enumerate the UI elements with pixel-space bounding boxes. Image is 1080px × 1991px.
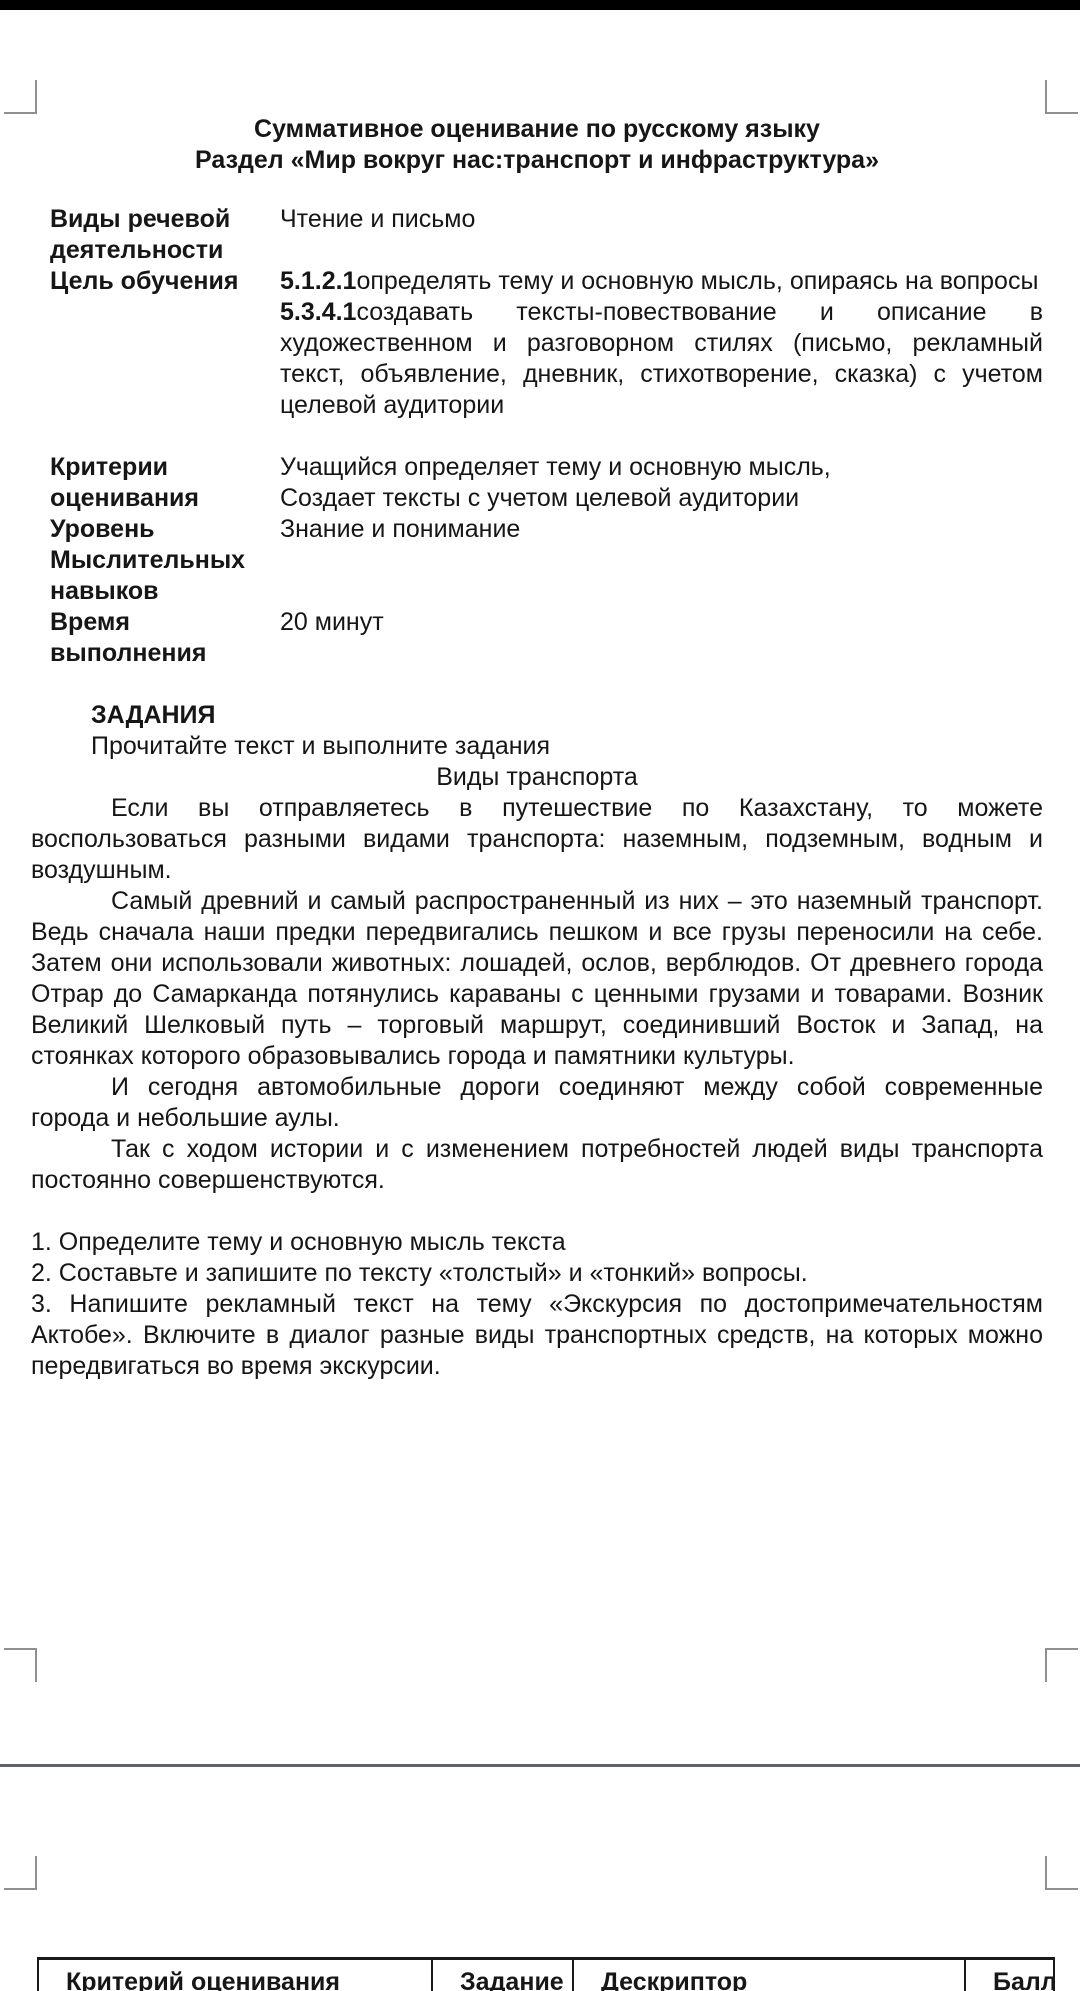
activity-label: Виды речевой деятельности (50, 204, 280, 266)
reading-paragraph: Самый древний и самый распространенный и… (31, 886, 1043, 1072)
time-label: Время выполнения (50, 607, 280, 669)
task-item-1: 1. Определите тему и основную мысль текс… (31, 1227, 1043, 1258)
criteria-value-line2: Создает тексты с учетом целевой аудитори… (280, 483, 1043, 514)
goal-2-text: создавать тексты-повествование и описани… (280, 298, 1043, 419)
criteria-value: Учащийся определяет тему и основную мысл… (280, 452, 1043, 514)
page2-top-left-crop-mark (4, 1856, 37, 1890)
goal-value: 5.1.2.1определять тему и основную мысль,… (280, 266, 1043, 421)
page1-top-right-crop-mark (1045, 80, 1078, 114)
meta-row-criteria: Критерии оценивания Учащийся определяет … (50, 452, 1043, 514)
document-title-line2: Раздел «Мир вокруг нас:транспорт и инфра… (31, 145, 1043, 176)
rubric-header-task: Задание (431, 1960, 572, 1991)
meta-row-time: Время выполнения 20 минут (50, 607, 1043, 669)
page-break-divider (0, 1764, 1080, 1767)
task-item-2: 2. Составьте и запишите по тексту «толст… (31, 1258, 1043, 1289)
page1-bottom-right-crop-mark (1045, 1648, 1078, 1682)
tasks-intro: Прочитайте текст и выполните задания (31, 731, 1043, 762)
rubric-header-descriptor: Дескриптор (572, 1960, 964, 1991)
page2-top-right-crop-mark (1045, 1856, 1078, 1890)
goal-label: Цель обучения (50, 266, 280, 421)
meta-row-goal: Цель обучения 5.1.2.1определять тему и о… (50, 266, 1043, 421)
tasks-heading: ЗАДАНИЯ (31, 700, 1043, 731)
document-title: Суммативное оценивание по русскому языку… (31, 114, 1043, 176)
tasks-section: ЗАДАНИЯ Прочитайте текст и выполните зад… (31, 700, 1043, 1382)
level-label: Уровень Мыслительных навыков (50, 514, 280, 607)
meta-row-activity: Виды речевой деятельности Чтение и письм… (50, 204, 1043, 266)
goal-1-code: 5.1.2.1 (280, 267, 356, 295)
rubric-table: Критерий оценивания Задание Дескриптор Б… (37, 1957, 1055, 1991)
goal-1: 5.1.2.1определять тему и основную мысль,… (280, 266, 1043, 297)
top-black-bar (0, 0, 1080, 10)
time-value: 20 минут (280, 607, 1043, 669)
document-title-line1: Суммативное оценивание по русскому языку (31, 114, 1043, 145)
activity-value: Чтение и письмо (280, 204, 1043, 266)
document-page[interactable]: Суммативное оценивание по русскому языку… (31, 114, 1043, 1382)
task-item-3: 3. Напишите рекламный текст на тему «Экс… (31, 1289, 1043, 1382)
page1-top-left-crop-mark (4, 80, 37, 114)
reading-text-title: Виды транспорта (31, 762, 1043, 793)
assessment-meta: Виды речевой деятельности Чтение и письм… (31, 204, 1043, 669)
goal-1-text: определять тему и основную мысль, опирая… (356, 267, 1038, 295)
reading-paragraph: И сегодня автомобильные дороги соединяют… (31, 1072, 1043, 1134)
page1-bottom-left-crop-mark (4, 1648, 37, 1682)
viewer-body: { "app": { "colors": { "top_bar": "#0000… (0, 0, 1080, 1991)
criteria-value-line1: Учащийся определяет тему и основную мысл… (280, 452, 1043, 483)
meta-row-level: Уровень Мыслительных навыков Знание и по… (50, 514, 1043, 607)
level-value: Знание и понимание (280, 514, 1043, 607)
goal-2-code: 5.3.4.1 (280, 298, 356, 326)
task-items: 1. Определите тему и основную мысль текс… (31, 1227, 1043, 1382)
rubric-header-score: Балл (964, 1960, 1053, 1991)
goal-2: 5.3.4.1создавать тексты-повествование и … (280, 297, 1043, 421)
rubric-header-criterion: Критерий оценивания (39, 1960, 431, 1991)
reading-paragraph: Так с ходом истории и с изменением потре… (31, 1134, 1043, 1196)
criteria-label: Критерии оценивания (50, 452, 280, 514)
reading-paragraph: Если вы отправляетесь в путешествие по К… (31, 793, 1043, 886)
